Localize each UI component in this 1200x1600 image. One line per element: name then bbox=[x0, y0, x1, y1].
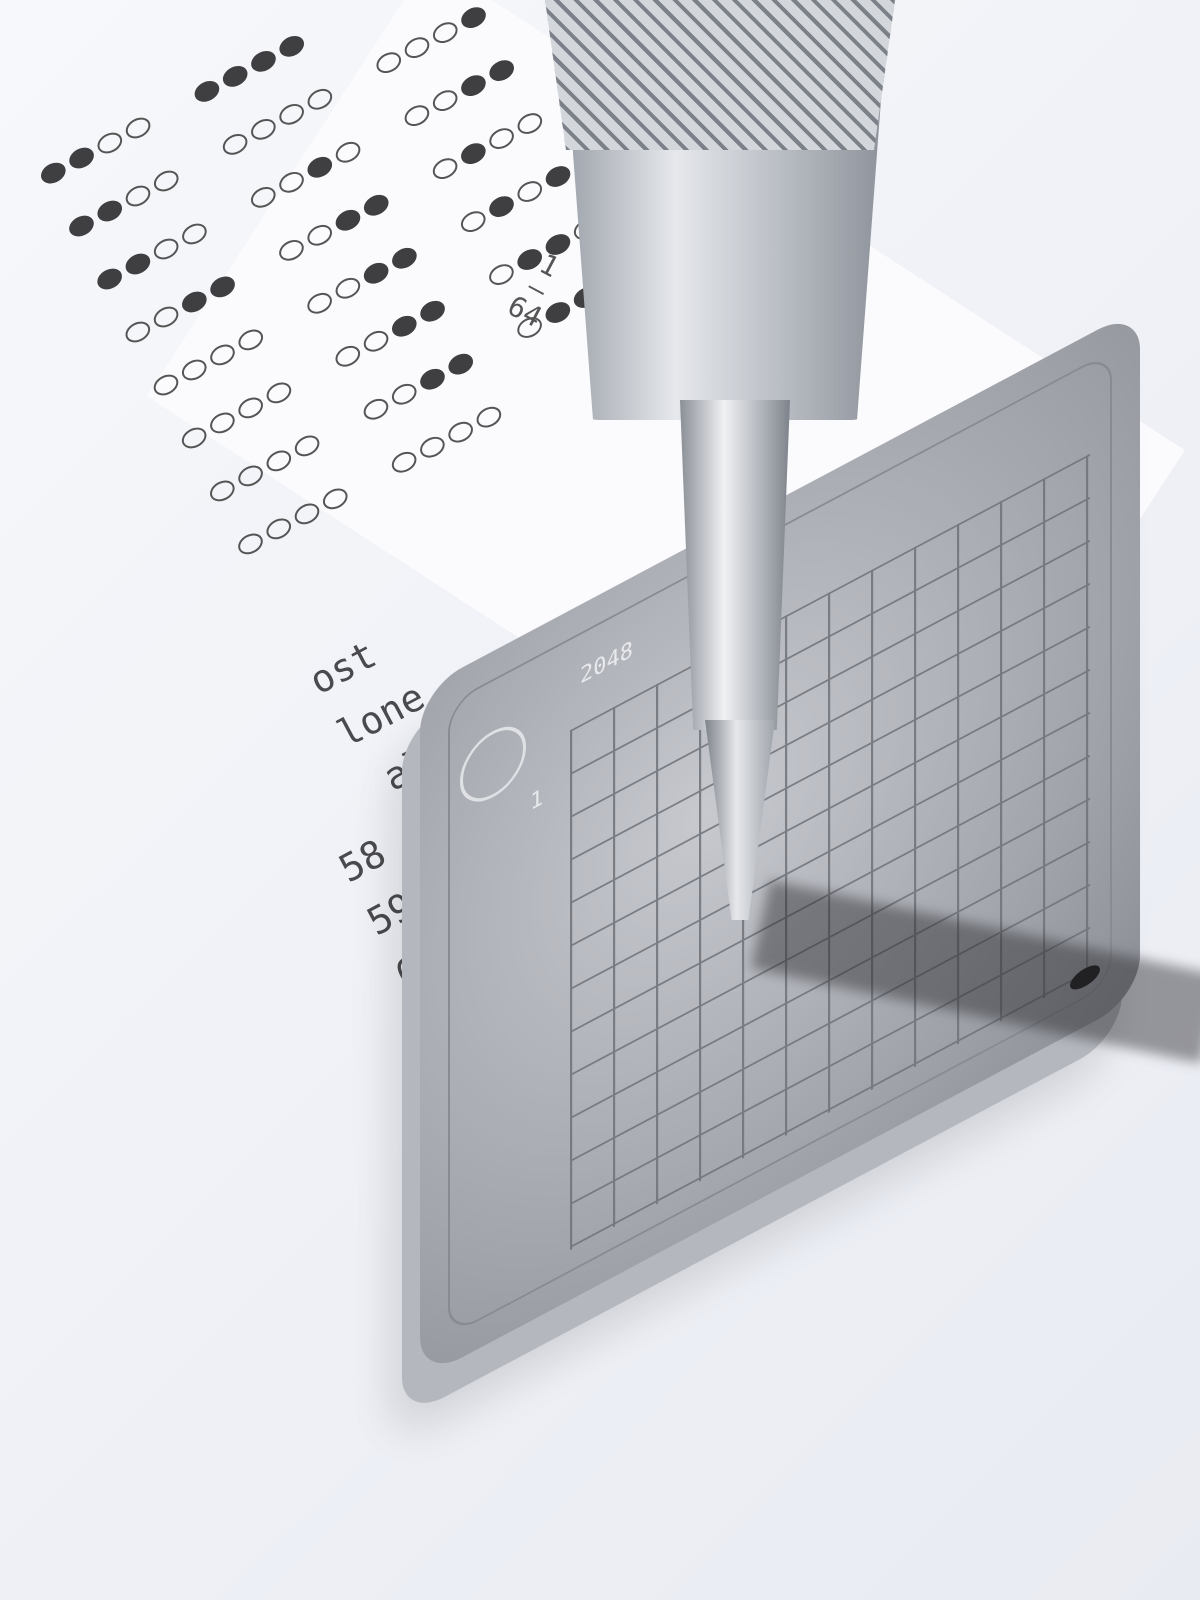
dot-row bbox=[94, 35, 557, 293]
knurled-grip bbox=[545, 0, 895, 150]
dot-row bbox=[178, 194, 641, 452]
punch-tool-shaft bbox=[680, 400, 790, 730]
